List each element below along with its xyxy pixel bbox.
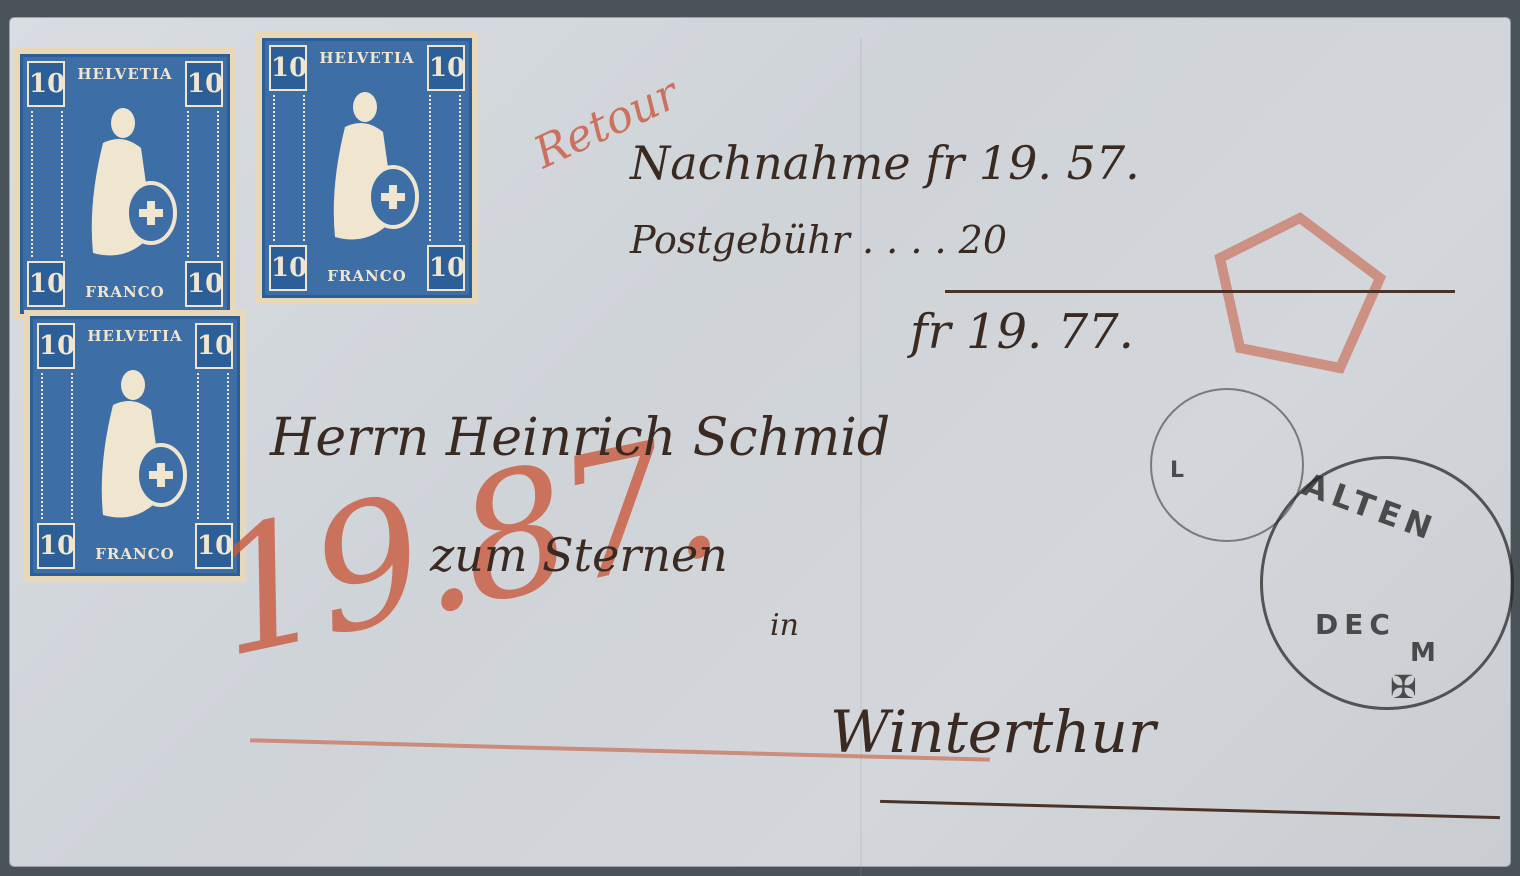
stamp-value: 10 — [185, 61, 223, 107]
postmark-time: M — [1410, 638, 1436, 668]
red-crayon-mark-icon — [1180, 198, 1420, 418]
address-line-3: in — [770, 608, 799, 643]
stamp-country: HELVETIA — [77, 327, 193, 345]
helvetia-figure-icon — [73, 93, 183, 273]
stamp-value: 10 — [269, 245, 307, 291]
stamp-ornament — [187, 111, 219, 257]
stamp-country: HELVETIA — [309, 49, 425, 67]
stamp-ornament — [273, 95, 305, 241]
stamp-country: HELVETIA — [67, 65, 183, 83]
swiss-cross-icon: ✠ — [1390, 668, 1417, 706]
stamp-value: 10 — [185, 261, 223, 307]
helvetia-figure-icon — [83, 355, 193, 535]
stamp-value: 10 — [27, 261, 65, 307]
stamp-ornament — [429, 95, 461, 241]
postmark-partial-town: L — [1170, 458, 1184, 483]
stamp-value: 10 — [37, 323, 75, 369]
stamp-1: 10 10 10 10 HELVETIA FRANCO — [14, 48, 236, 320]
stamp-ornament — [31, 111, 63, 257]
helvetia-figure-icon — [315, 77, 425, 257]
manuscript-line-1: Nachnahme fr 19. 57. — [630, 136, 1140, 190]
manuscript-line-2: Postgebühr . . . . 20 — [630, 218, 1007, 262]
address-underline — [880, 800, 1500, 819]
stamp-value: 10 — [269, 45, 307, 91]
stamp-inscription: FRANCO — [309, 267, 425, 285]
address-line-4: Winterthur — [830, 698, 1156, 766]
stamp-value: 10 — [195, 323, 233, 369]
stamp-inscription: FRANCO — [77, 545, 193, 563]
stamp-ornament — [41, 373, 73, 519]
postmark-date: DEC — [1315, 608, 1396, 641]
stamp-2: 10 10 10 10 HELVETIA FRANCO — [256, 32, 478, 304]
stamp-value: 10 — [427, 45, 465, 91]
postal-cover: 10 10 10 10 HELVETIA FRANCO 10 10 10 10 … — [10, 18, 1510, 866]
stamp-value: 10 — [427, 245, 465, 291]
strike-line — [945, 290, 1455, 293]
address-line-1: Herrn Heinrich Schmid — [270, 408, 890, 468]
manuscript-line-3: fr 19. 77. — [910, 304, 1134, 360]
address-line-2: zum Sternen — [430, 528, 728, 582]
stamp-inscription: FRANCO — [67, 283, 183, 301]
stamp-value: 10 — [37, 523, 75, 569]
stamp-value: 10 — [27, 61, 65, 107]
